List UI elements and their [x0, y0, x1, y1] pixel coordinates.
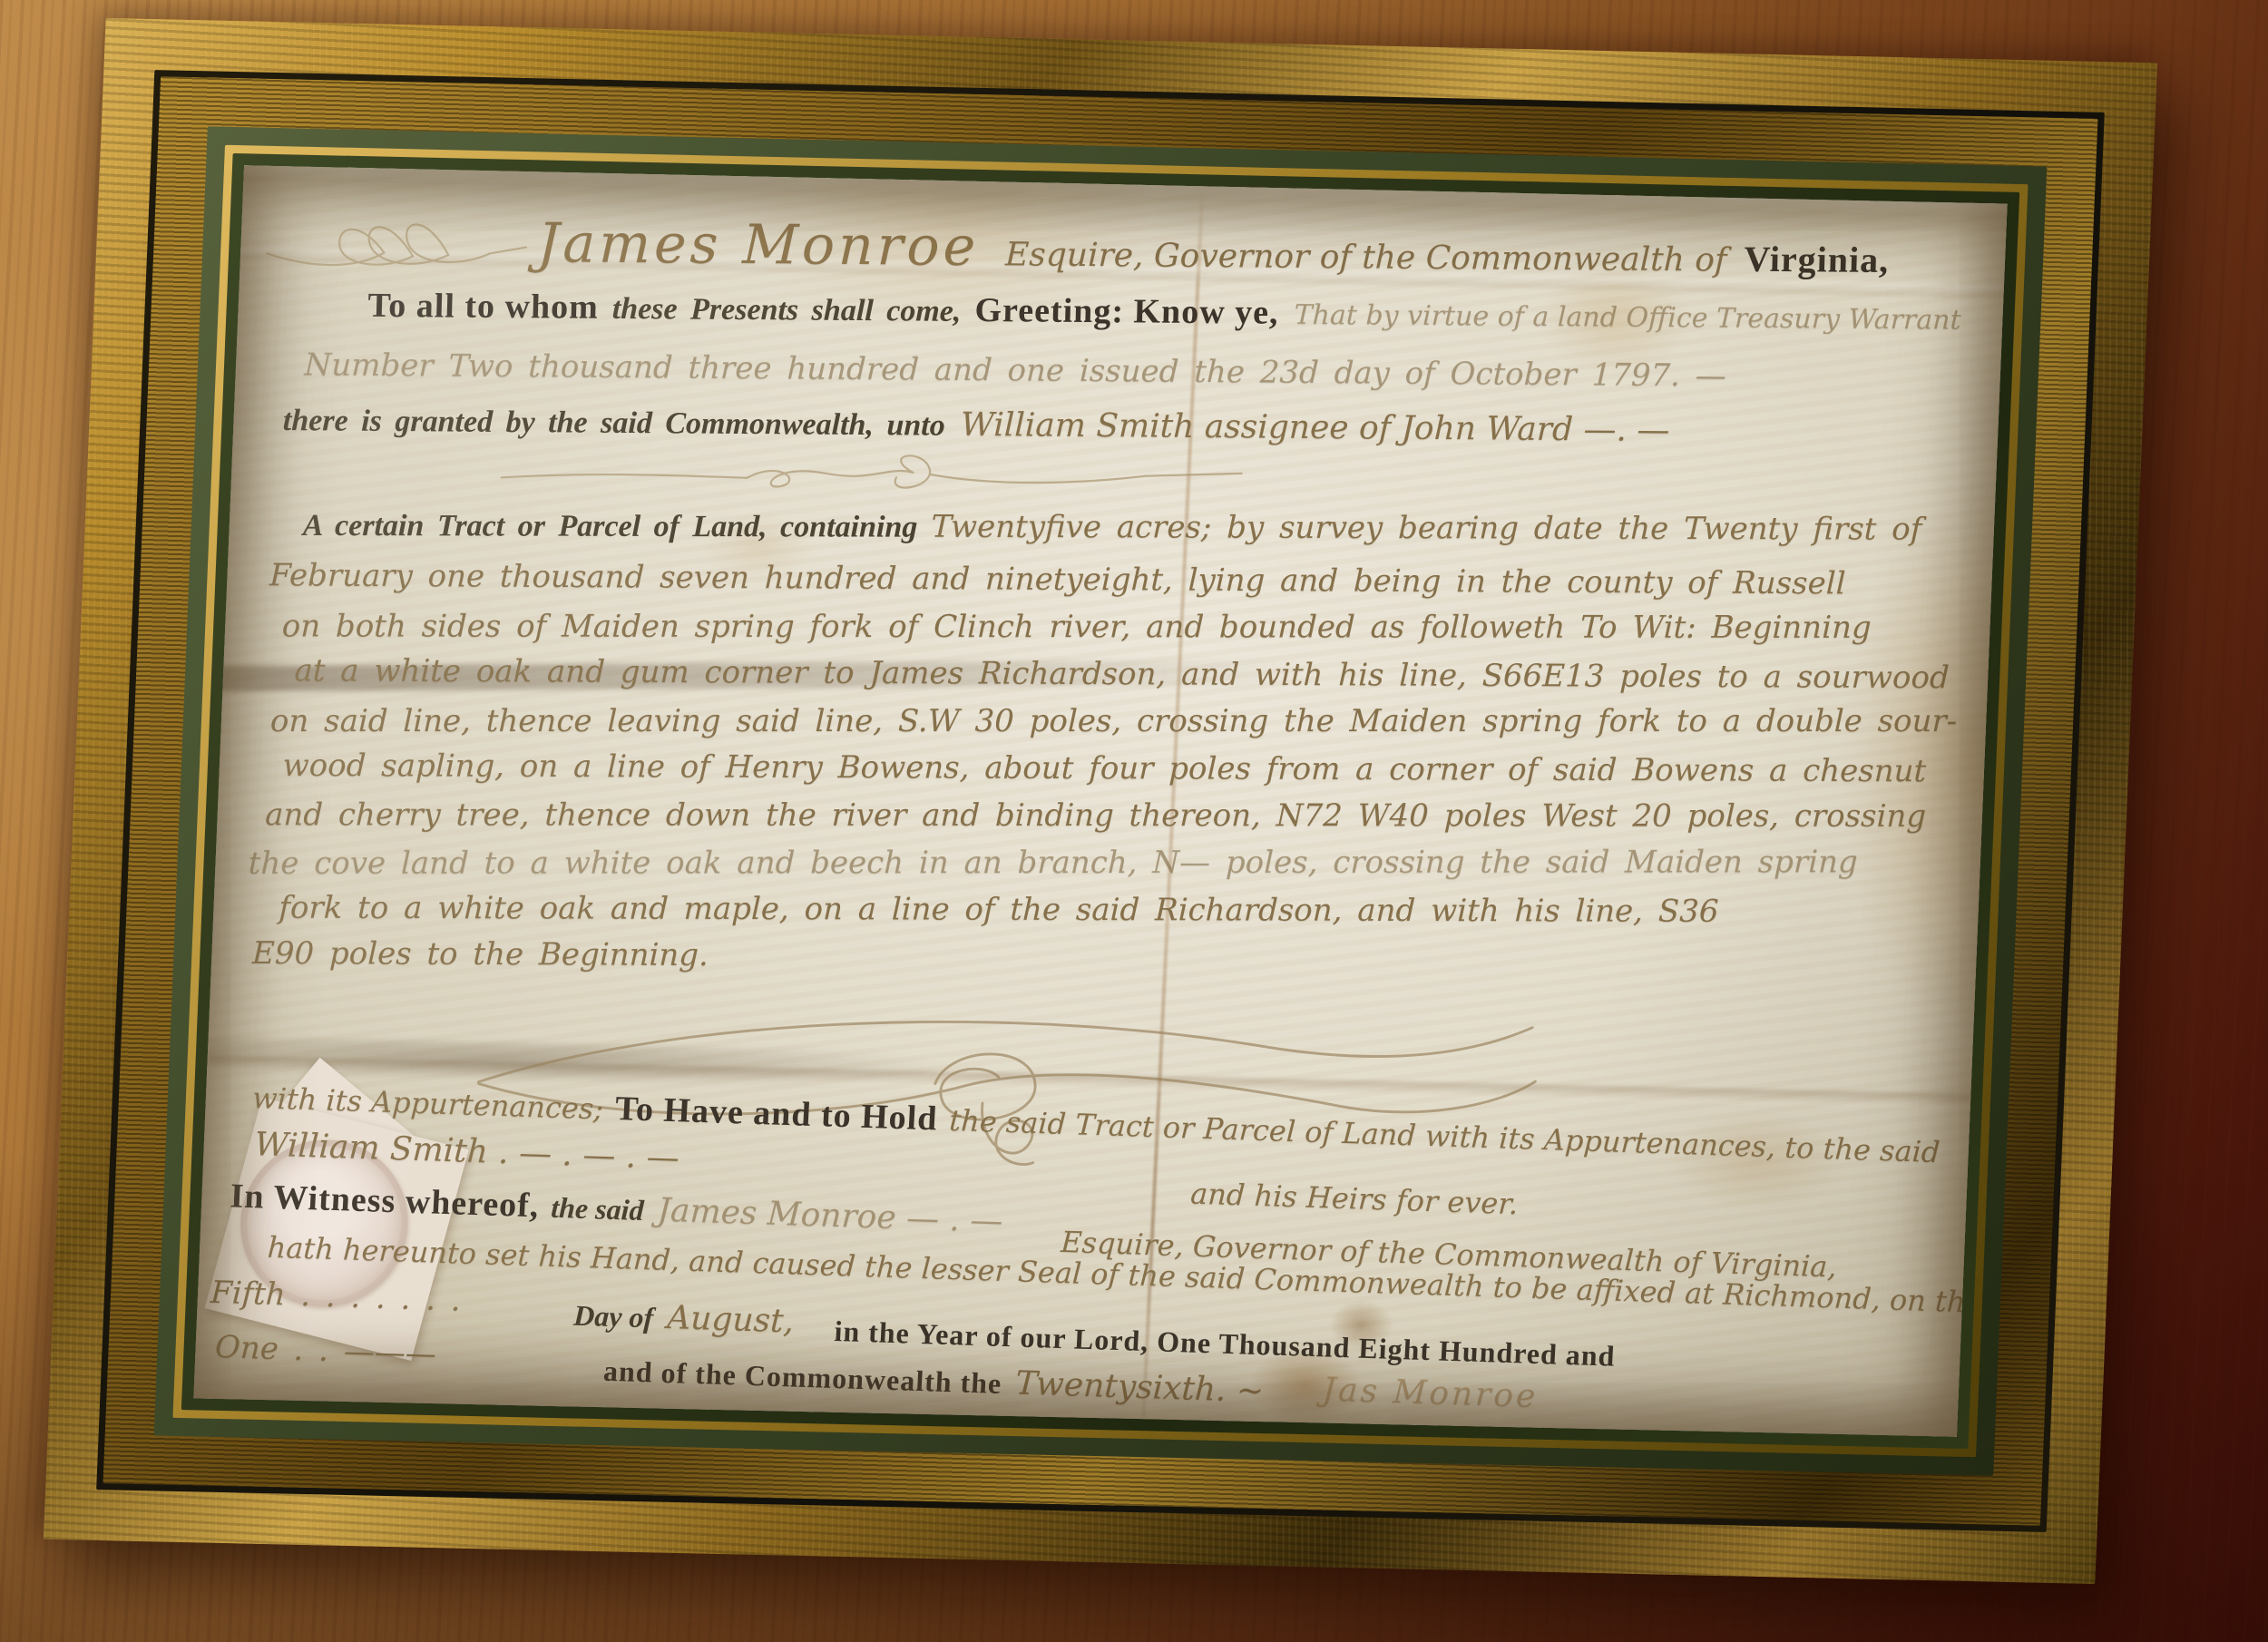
- twentysixth-text: Twentysixth. ~: [1014, 1364, 1265, 1410]
- frame-outer-gold-band: James Monroe Esquire, Governor of the Co…: [44, 18, 2157, 1584]
- frame-ribbed-gold-band: James Monroe Esquire, Governor of the Co…: [103, 76, 2097, 1526]
- the-said-label: the said: [551, 1191, 645, 1227]
- photo-stage: James Monroe Esquire, Governor of the Co…: [0, 0, 2268, 1642]
- appurtenances-text: with its Appurtenances;: [251, 1080, 604, 1126]
- frame-green-inner-lip: James Monroe Esquire, Governor of the Co…: [181, 153, 2019, 1449]
- signature-line: Jas Monroe: [1322, 1371, 1540, 1415]
- witness-label: In Witness whereof,: [230, 1177, 541, 1225]
- monroe-repeat-name: James Monroe — . —: [657, 1192, 1004, 1240]
- month-text: August,: [666, 1299, 795, 1340]
- deed-lower-text: with its Appurtenances; To Have and to H…: [193, 165, 2007, 1437]
- picture-frame: James Monroe Esquire, Governor of the Co…: [44, 18, 2157, 1584]
- frame-green-band: James Monroe Esquire, Governor of the Co…: [154, 126, 2048, 1475]
- day-text: Fifth . . . . . . .: [210, 1275, 462, 1319]
- grantee-repeat-name: William Smith . — . — . —: [254, 1126, 680, 1177]
- monroe-signature: Jas Monroe: [1322, 1371, 1540, 1415]
- habendum-label: To Have and to Hold: [614, 1090, 938, 1138]
- frame-gold-bead: James Monroe Esquire, Governor of the Co…: [172, 145, 2028, 1457]
- year-one-text: One . . ———: [214, 1329, 437, 1373]
- parchment-document: James Monroe Esquire, Governor of the Co…: [193, 165, 2007, 1437]
- commonwealth-year-label: and of the Commonwealth the: [602, 1354, 1002, 1400]
- day-of-label: Day of: [572, 1299, 654, 1334]
- frame-dark-groove: James Monroe Esquire, Governor of the Co…: [96, 70, 2105, 1532]
